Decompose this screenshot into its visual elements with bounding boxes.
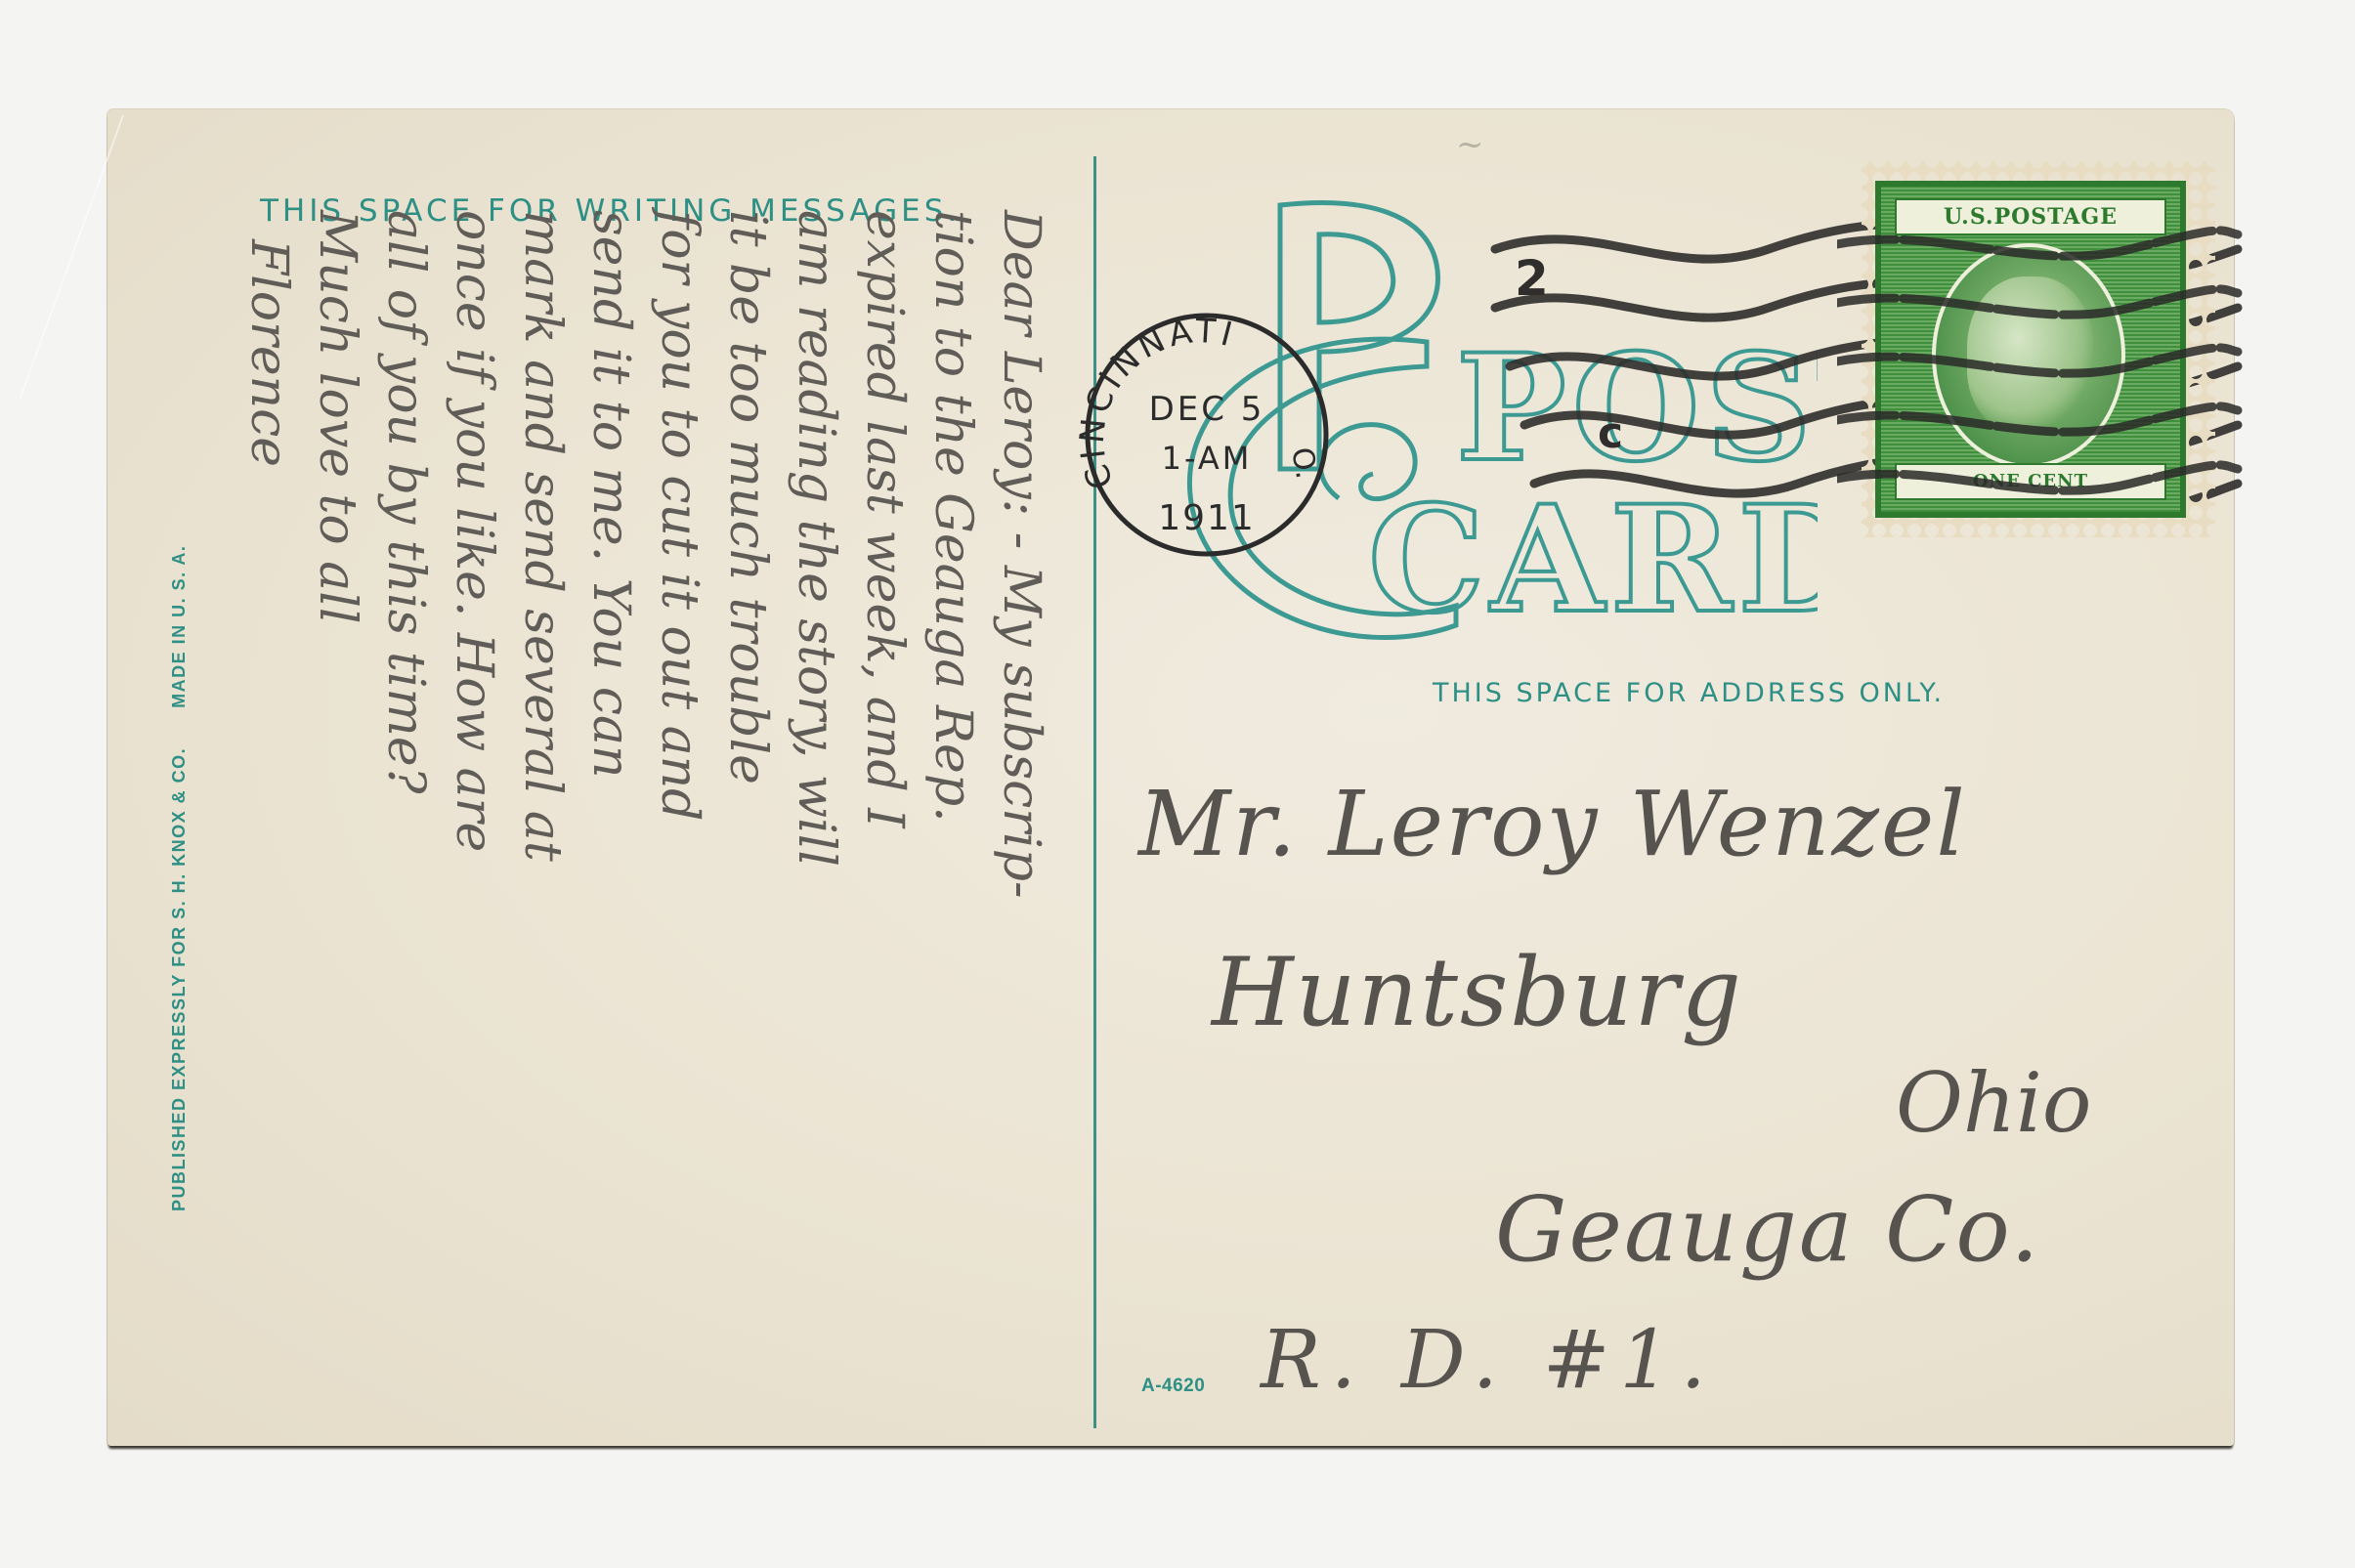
publisher-imprint: PUBLISHED EXPRESSLY FOR S. H. KNOX & CO.… bbox=[169, 545, 190, 1211]
svg-text:1911: 1911 bbox=[1158, 498, 1256, 538]
message-line: expired last week, and I bbox=[850, 210, 919, 1421]
address-area-header: THIS SPACE FOR ADDRESS ONLY. bbox=[1433, 678, 1945, 708]
message-line: send it to me. You can bbox=[577, 210, 645, 1421]
message-line: for you to cut it out and bbox=[645, 210, 713, 1421]
cincinnati-postmark: CINCINNATI O. DEC 5 1-AM 1911 bbox=[1075, 303, 1339, 567]
message-line: Dear Leroy: - My subscrip- bbox=[987, 210, 1055, 1421]
address-town: Huntsburg bbox=[1212, 938, 1743, 1047]
message-line: it be too much trouble bbox=[713, 210, 782, 1421]
svg-text:1-AM: 1-AM bbox=[1162, 440, 1253, 477]
card-serial-number: A-4620 bbox=[1141, 1376, 1205, 1397]
message-line: tion to the Geauga Rep. bbox=[919, 210, 987, 1421]
stamp-cancel-lines bbox=[1837, 215, 2248, 547]
pencil-notation: ~ bbox=[1456, 125, 1484, 164]
svg-text:DEC 5: DEC 5 bbox=[1149, 390, 1265, 429]
svg-text:O.: O. bbox=[1284, 445, 1323, 482]
address-state: Ohio bbox=[1896, 1055, 2091, 1151]
message-line: mark and send several at bbox=[508, 210, 577, 1421]
svg-text:2: 2 bbox=[1515, 250, 1549, 307]
publisher-text: PUBLISHED EXPRESSLY FOR S. H. KNOX & CO. bbox=[169, 747, 189, 1211]
address-recipient: Mr. Leroy Wenzel bbox=[1138, 772, 1967, 876]
message-line: Much love to all bbox=[303, 210, 371, 1421]
message-signature: Florence bbox=[235, 210, 303, 1421]
handwritten-message: Dear Leroy: - My subscrip- tion to the G… bbox=[235, 210, 1055, 1421]
made-in-text: MADE IN U. S. A. bbox=[169, 545, 189, 708]
message-line: all of you by this time? bbox=[371, 210, 440, 1421]
message-line: once if you like. How are bbox=[440, 210, 508, 1421]
message-line: am reading the story, will bbox=[782, 210, 850, 1421]
address-route: R. D. #1. bbox=[1261, 1314, 1716, 1407]
address-county: Geauga Co. bbox=[1495, 1177, 2040, 1282]
svg-text:c: c bbox=[1598, 408, 1623, 458]
